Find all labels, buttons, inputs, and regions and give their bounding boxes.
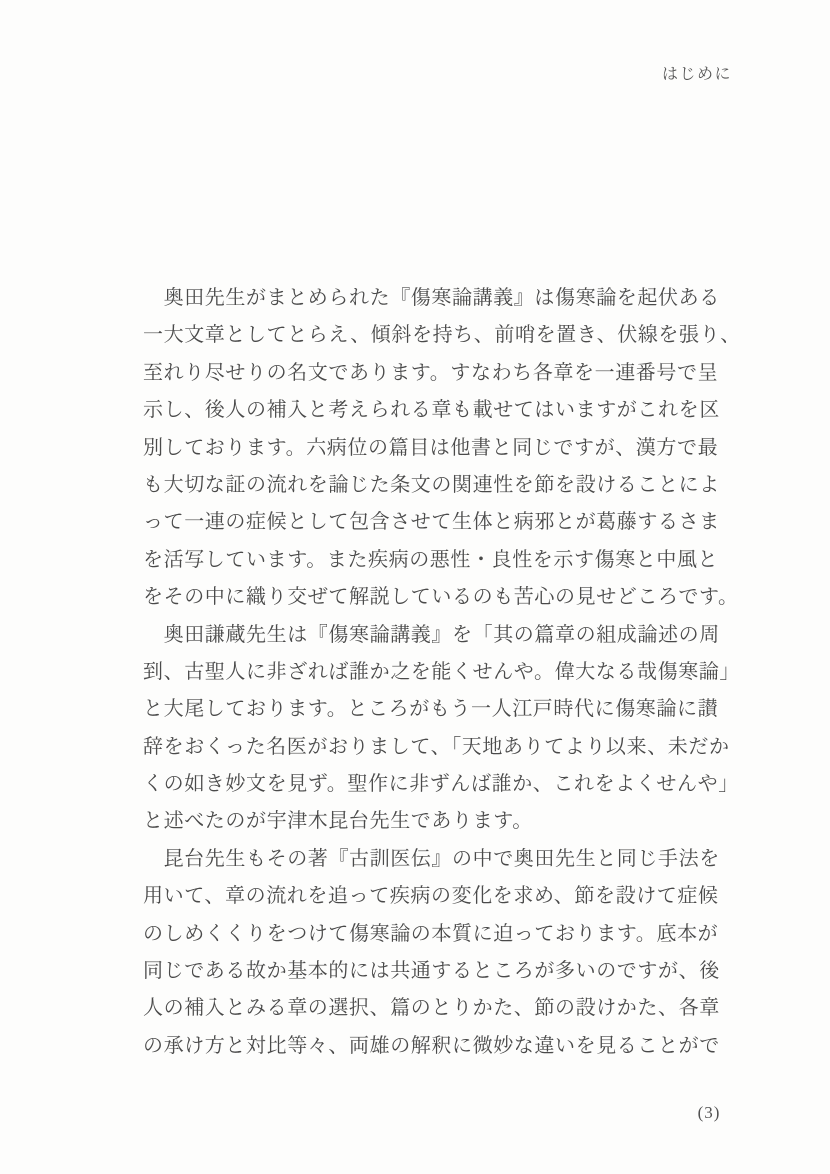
body-line: も大切な証の流れを論じた条文の関連性を節を設けることによ: [143, 467, 783, 504]
body-line: くの如き妙文を見ず。聖作に非ずんば誰か、これをよくせんや」: [143, 766, 783, 803]
body-line: の承け方と対比等々、両雄の解釈に微妙な違いを見ることがで: [143, 1028, 783, 1065]
body-line: 昆台先生もその著『古訓医伝』の中で奥田先生と同じ手法を: [143, 841, 783, 878]
body-line: 辞をおくった名医がおりまして、「天地ありてより以来、未だか: [143, 729, 783, 766]
body-line: 一大文章としてとらえ、傾斜を持ち、前哨を置き、伏線を張り、: [143, 317, 783, 354]
body-line: 人の補入とみる章の選択、篇のとりかた、節の設けかた、各章: [143, 990, 783, 1027]
body-line: 用いて、章の流れを追って疾病の変化を求め、節を設けて症候: [143, 878, 783, 915]
body-line: 奥田先生がまとめられた『傷寒論講義』は傷寒論を起伏ある: [143, 280, 783, 317]
body-text: 奥田先生がまとめられた『傷寒論講義』は傷寒論を起伏ある 一大文章としてとらえ、傾…: [143, 280, 783, 1065]
book-page: はじめに 奥田先生がまとめられた『傷寒論講義』は傷寒論を起伏ある 一大文章として…: [0, 0, 830, 1174]
body-line: 同じである故か基本的には共通するところが多いのですが、後: [143, 953, 783, 990]
body-line: をその中に織り交ぜて解説しているのも苦心の見せどころです。: [143, 579, 783, 616]
body-line: 奥田謙蔵先生は『傷寒論講義』を「其の篇章の組成論述の周: [143, 617, 783, 654]
body-line: と述べたのが宇津木昆台先生であります。: [143, 803, 783, 840]
body-line: 到、古聖人に非ざれば誰か之を能くせんや。偉大なる哉傷寒論」: [143, 654, 783, 691]
running-head: はじめに: [662, 61, 732, 84]
body-line: と大尾しております。ところがもう一人江戸時代に傷寒論に讃: [143, 691, 783, 728]
body-line: 別しております。六病位の篇目は他書と同じですが、漢方で最: [143, 430, 783, 467]
body-line: 至れり尽せりの名文であります。すなわち各章を一連番号で呈: [143, 355, 783, 392]
page-number: (3): [664, 1103, 754, 1123]
body-line: を活写しています。また疾病の悪性・良性を示す傷寒と中風と: [143, 542, 783, 579]
body-line: のしめくくりをつけて傷寒論の本質に迫っております。底本が: [143, 916, 783, 953]
body-line: 示し、後人の補入と考えられる章も載せてはいますがこれを区: [143, 392, 783, 429]
body-line: って一連の症候として包含させて生体と病邪とが葛藤するさま: [143, 504, 783, 541]
